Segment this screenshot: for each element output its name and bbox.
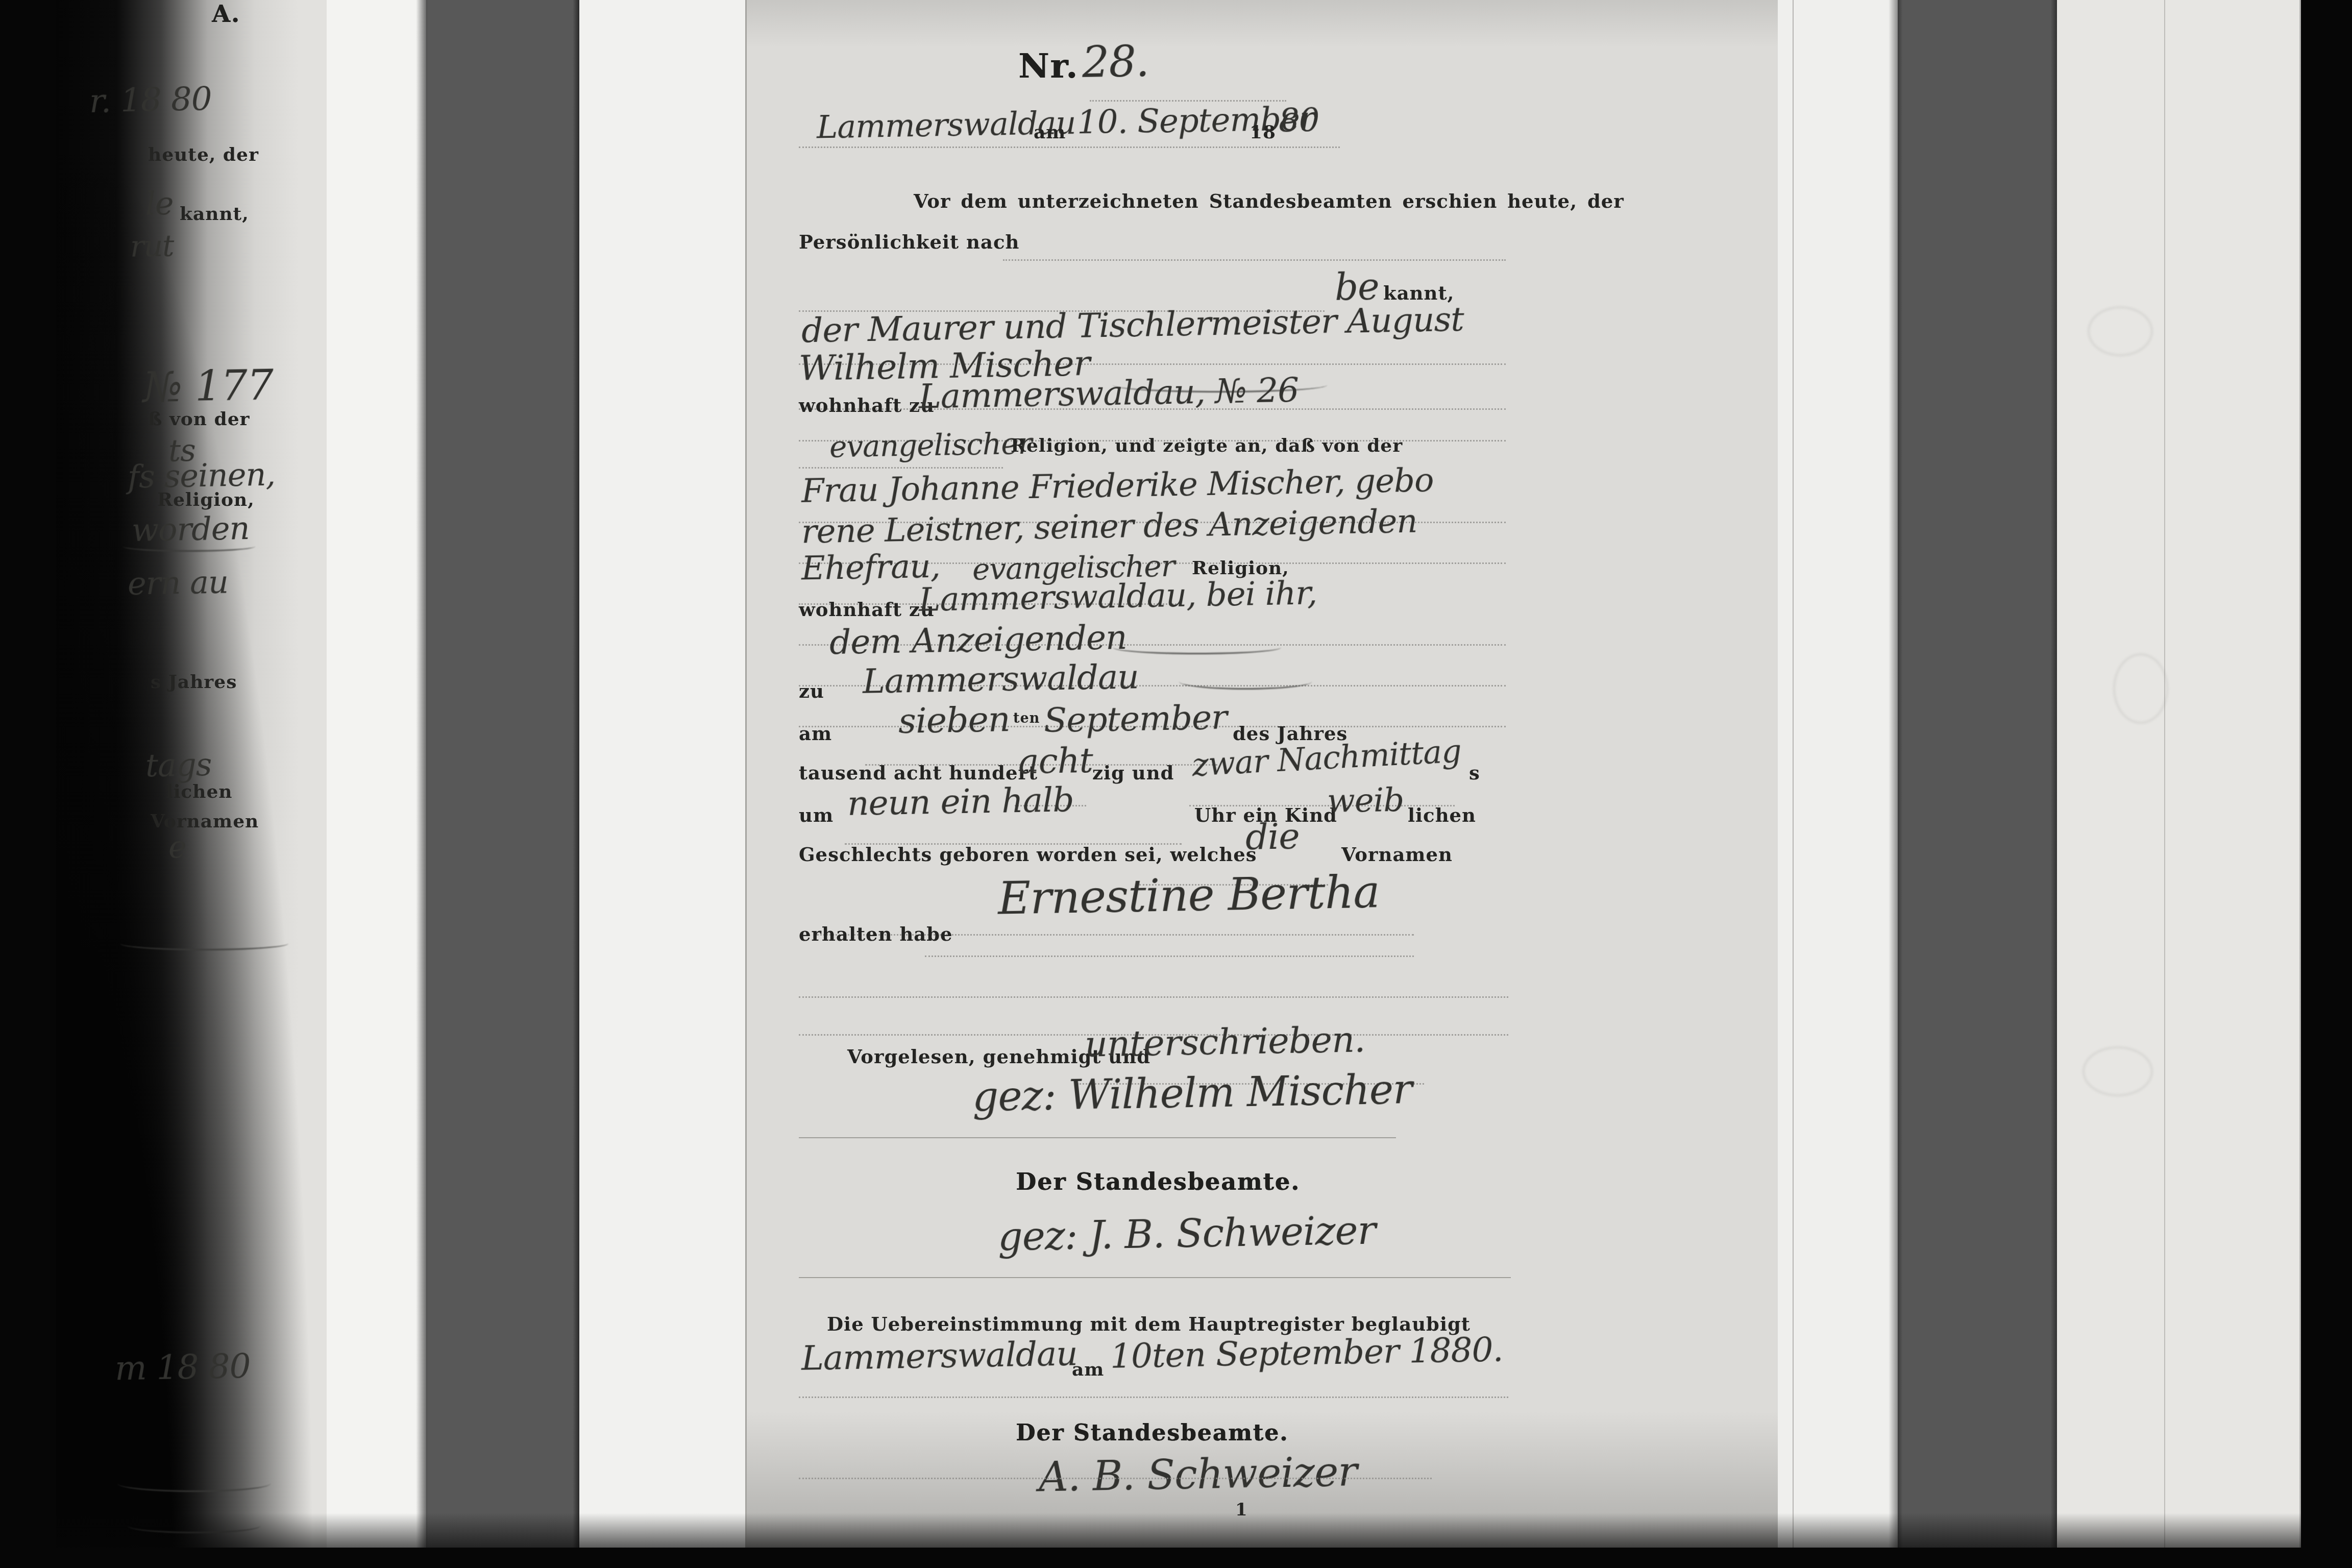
- dateline-year-printed: 18: [1249, 121, 1276, 143]
- geschlechts-line: Geschlechts geboren worden sei, welches: [799, 843, 1257, 866]
- left-fragment-year-bottom: m 18 80: [114, 1346, 251, 1388]
- mother-residence-label: wohnhaft zu: [799, 598, 935, 621]
- record-number-label: Nr.: [1018, 46, 1079, 86]
- film-edge-bottom: [0, 1548, 2352, 1568]
- left-fragment-hand2: rut: [130, 228, 174, 263]
- birth-zu-label: zu: [799, 680, 824, 702]
- gender-hand: weib: [1327, 781, 1404, 821]
- left-fragment-flourish2: [117, 1475, 271, 1492]
- gutter-stripe-right: [1889, 0, 2065, 1568]
- left-fragment-hand1: le: [145, 185, 174, 223]
- dateline-am-label: am: [1034, 121, 1066, 143]
- cert-am-label: am: [1072, 1359, 1104, 1380]
- signature-declarant: gez: Wilhelm Mischer: [972, 1065, 1412, 1120]
- gutter-stripe-left: [416, 0, 584, 1568]
- right-page: [2057, 0, 2301, 1568]
- left-fragment-jahres: s Jahres: [151, 671, 237, 693]
- left-fragment-dash: [122, 541, 255, 552]
- intro-line-2: Persönlichkeit nach: [799, 231, 1019, 253]
- registrar-heading-1: Der Standesbeamte.: [1016, 1168, 1300, 1195]
- left-page-section-letter: A.: [212, 0, 240, 28]
- watermark-pattern: [2088, 306, 2153, 356]
- closing-hand: unterschrieben.: [1084, 1018, 1365, 1065]
- birth-am-label: am: [799, 722, 832, 745]
- birth-place: Lammerswaldau: [862, 657, 1139, 701]
- signature-registrar: gez: J. B. Schweizer: [997, 1208, 1376, 1260]
- time-um-label: um: [799, 804, 834, 826]
- left-fragment-kannt: kannt,: [180, 203, 249, 225]
- birth-day: sieben: [898, 699, 1010, 742]
- year-zig-printed: zig und: [1092, 762, 1174, 784]
- birth-ten-suffix: ten: [1013, 710, 1040, 726]
- child-name: Ernestine Bertha: [997, 865, 1380, 924]
- vornamen-printed: Vornamen: [1341, 843, 1453, 866]
- die-hand: die: [1245, 815, 1300, 858]
- left-fragment-number: № 177: [142, 361, 274, 412]
- record-number-value: 28.: [1082, 36, 1149, 87]
- cert-date: 10ten September 1880.: [1110, 1330, 1503, 1376]
- time-hand: neun ein halb: [847, 780, 1074, 823]
- page-edge-band-1: [327, 0, 426, 1568]
- film-edge-left: [0, 0, 60, 1568]
- daytime-s-printed: s: [1469, 762, 1480, 784]
- erhalten-habe: erhalten habe: [799, 923, 953, 945]
- dateline-year-hand: 80: [1278, 102, 1319, 140]
- page-edge-band-3: [1778, 0, 1898, 1568]
- declarant-religion-printed: Religion, und zeigte an, daß von der: [1011, 435, 1403, 456]
- residence-label: wohnhaft zu: [799, 394, 935, 416]
- registrar-heading-2: Der Standesbeamte.: [1016, 1420, 1288, 1446]
- year-printed: tausend acht hundert: [799, 762, 1038, 784]
- left-fragment-hand5: ern au: [127, 563, 228, 602]
- anzeigenden-line: dem Anzeigenden: [829, 618, 1127, 662]
- mother-residence: Lammerswaldau, bei ihr,: [918, 574, 1317, 619]
- left-fragment-hand6: e: [168, 829, 186, 866]
- left-fragment-lichen: lichen: [166, 781, 233, 802]
- film-edge-right: [2299, 0, 2352, 1568]
- left-fragment-heute-der: heute, der: [148, 144, 259, 165]
- microfilm-photo: A. r. 18 80 heute, der le kannt, rut № 1…: [0, 0, 2352, 1568]
- declarant-religion-hand: evangelischer: [829, 426, 1032, 464]
- left-fragment-tags: tags: [145, 746, 212, 784]
- left-fragment-religion: Religion,: [157, 489, 255, 510]
- left-fragment-year: r. 18 80: [89, 81, 212, 120]
- gender-printed: lichen: [1408, 804, 1476, 826]
- left-fragment-flourish1: [120, 937, 288, 950]
- left-fragment-von-der: ß von der: [148, 408, 250, 430]
- intro-line-1: Vor dem unterzeichneten Standesbeamten e…: [914, 190, 1624, 212]
- left-fragment-vornamen: Vornamen: [151, 811, 259, 832]
- page-edge-band-2: [579, 0, 748, 1568]
- declarant-residence: Lammerswaldau, № 26: [918, 371, 1298, 416]
- birth-month: September: [1043, 698, 1227, 740]
- year-hand: acht: [1018, 741, 1093, 782]
- cert-place: Lammerswaldau: [801, 1334, 1077, 1378]
- signature-final: A. B. Schweizer: [1038, 1448, 1357, 1501]
